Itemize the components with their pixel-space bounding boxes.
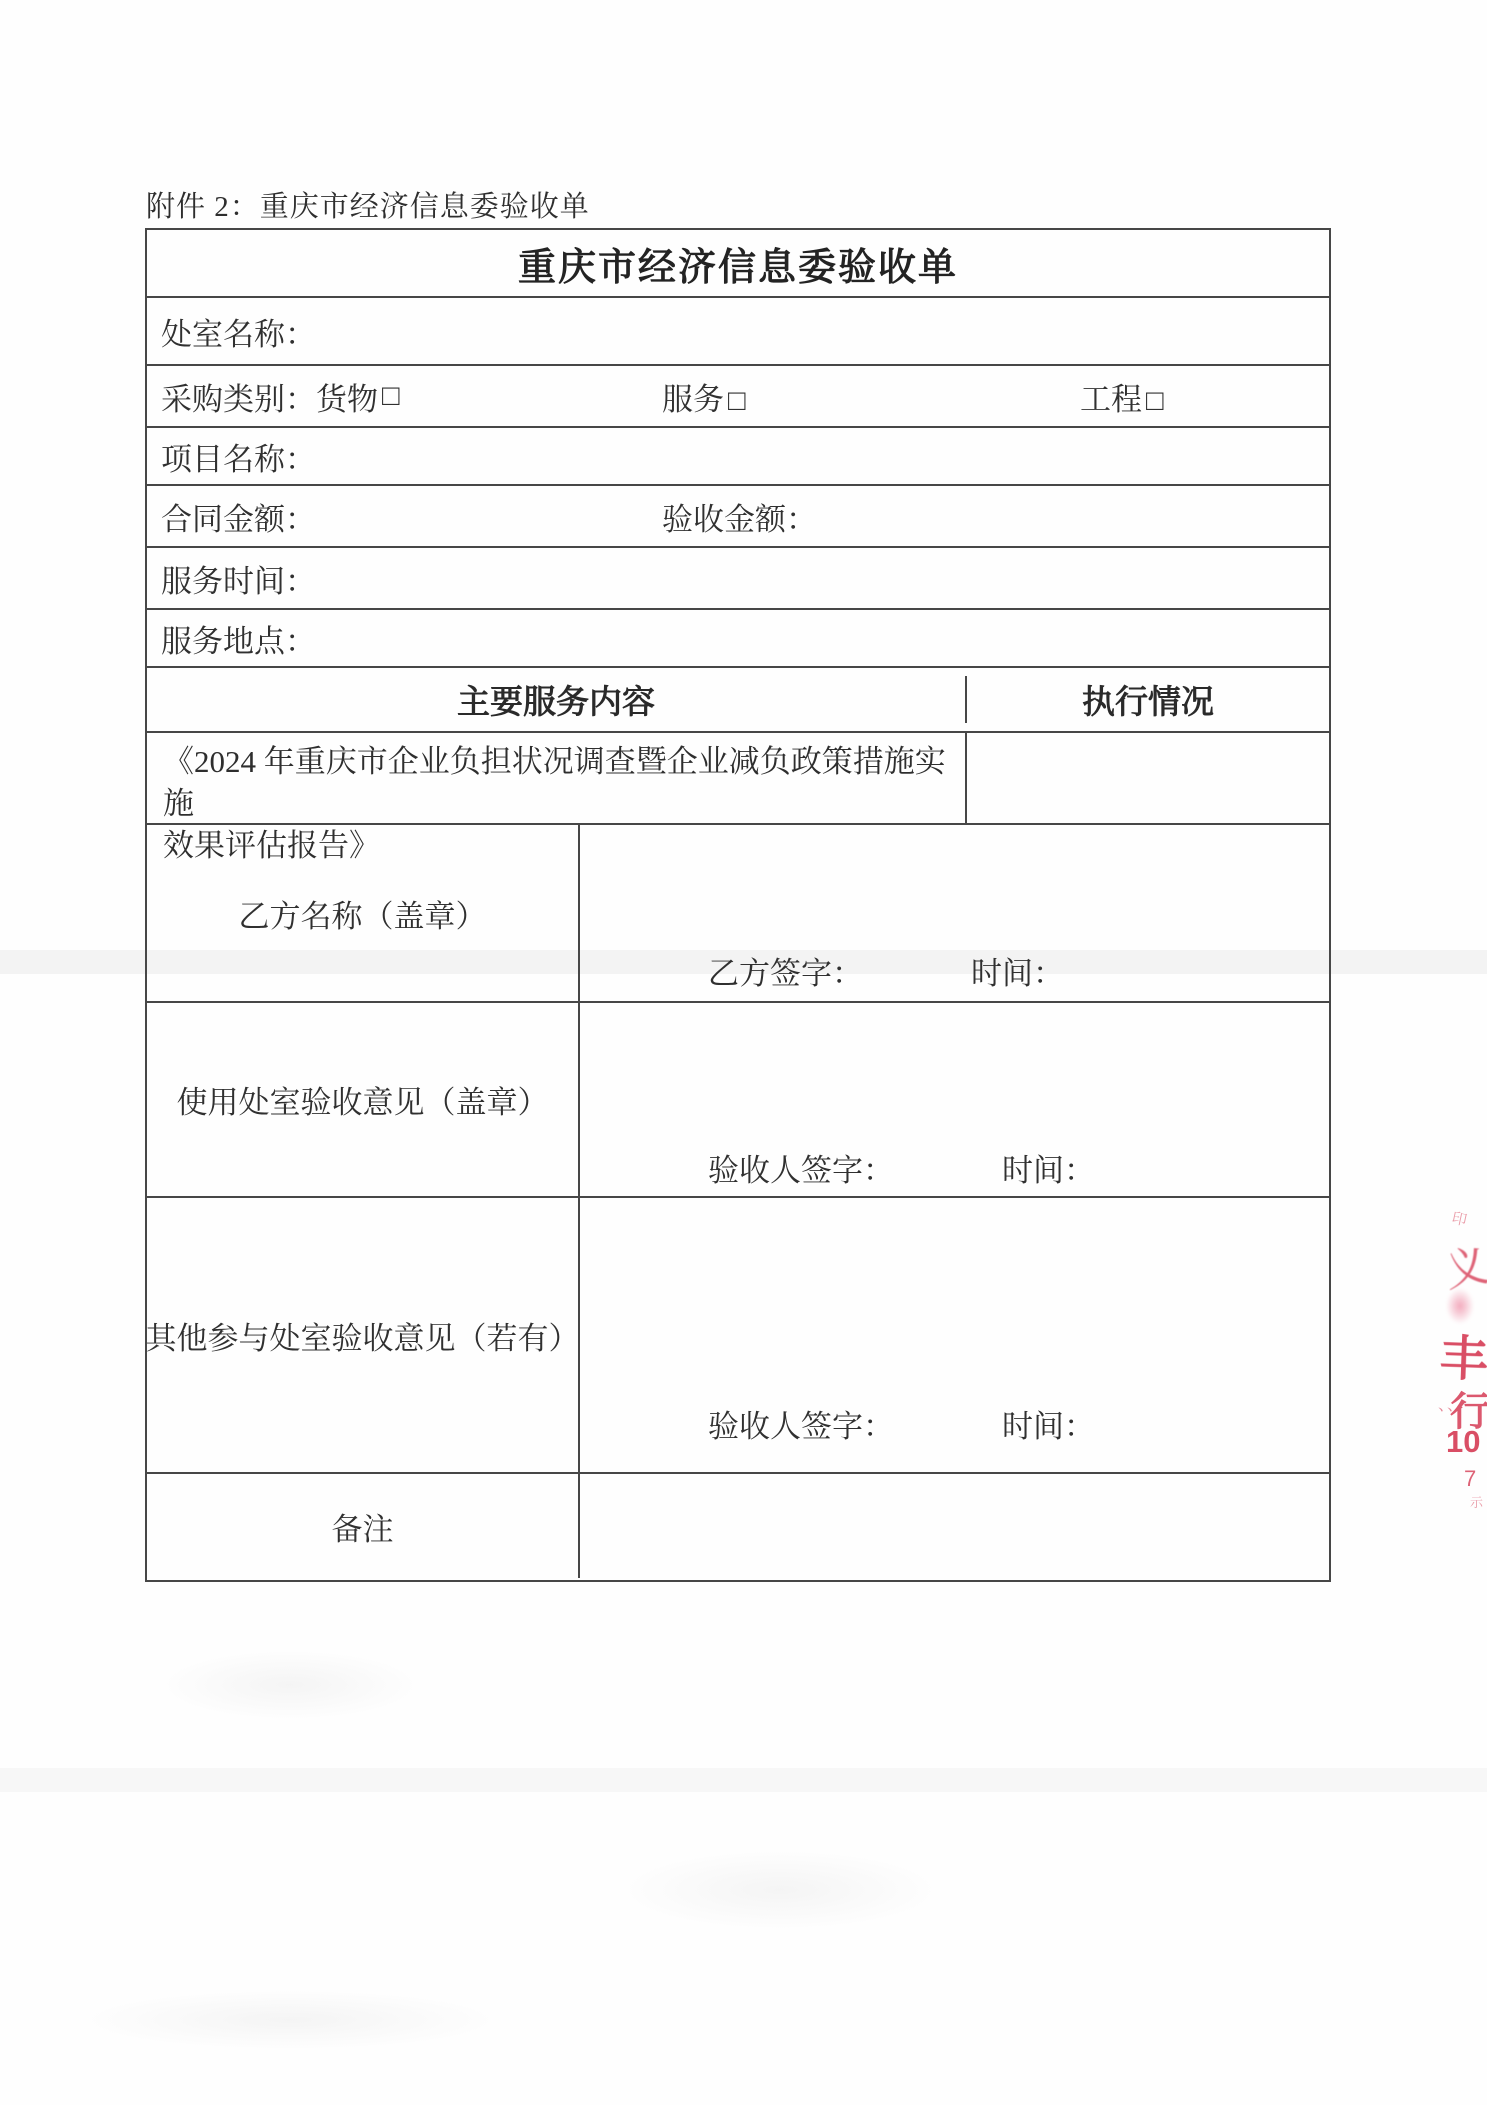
other-dept-sign-line: 验收人签字： 时间：: [708, 1401, 1095, 1446]
service-location-label: 服务地点：: [147, 616, 316, 661]
category-label: 采购类别：: [147, 374, 316, 419]
content-header-right-cell: 执行情况: [967, 676, 1329, 723]
remarks-label-cell: 备注: [147, 1474, 580, 1578]
option-engineering-label: 工程: [1080, 382, 1142, 417]
department-label: 处室名称：: [147, 309, 316, 354]
using-dept-label: 使用处室验收意见（盖章）: [177, 1077, 549, 1122]
contract-amount-label: 合同金额：: [147, 494, 316, 539]
other-dept-label: 其他参与处室验收意见（若有）: [146, 1313, 580, 1358]
stamp-number-10: 10: [1446, 1424, 1480, 1460]
remarks-row: 备注: [147, 1474, 1329, 1578]
execution-status-cell: [967, 733, 1329, 823]
acceptance-amount-label: 验收金额：: [662, 494, 817, 539]
project-row: 项目名称：: [147, 428, 1329, 486]
stamp-glyph-2-icon: 丰: [1439, 1319, 1487, 1390]
option-service: 服务□: [662, 374, 746, 419]
scan-artifact-band: [0, 1768, 1487, 1792]
content-header-left-cell: 主要服务内容: [147, 676, 967, 723]
party-b-label-cell: 乙方名称（盖章）: [147, 825, 580, 1001]
stamp-glyph-6-icon: 示: [1470, 1492, 1483, 1511]
form-title: 重庆市经济信息委验收单: [518, 236, 958, 291]
service-location-row: 服务地点：: [147, 610, 1329, 668]
option-goods-label: 货物: [316, 374, 378, 419]
stamp-number-7: 7: [1464, 1466, 1476, 1492]
stamp-dots-icon: 、、: [1438, 1392, 1464, 1415]
checkbox-goods-icon: □: [382, 380, 400, 413]
party-b-sign-line: 乙方签字： 时间：: [708, 948, 1064, 993]
option-service-label: 服务: [662, 382, 724, 417]
using-dept-label-cell: 使用处室验收意见（盖章）: [147, 1003, 580, 1196]
project-label: 项目名称：: [147, 434, 316, 479]
party-b-signature-cell: 乙方签字： 时间：: [580, 825, 1329, 1001]
stamp-glyph-1-icon: 义: [1439, 1229, 1487, 1300]
stamp-ink-blob-icon: [1446, 1288, 1474, 1324]
other-dept-time-label: 时间：: [1002, 1401, 1095, 1446]
party-b-label: 乙方名称（盖章）: [239, 891, 487, 936]
stamp-glyph-3-icon: 行: [1450, 1380, 1487, 1437]
report-title-line1: 《2024 年重庆市企业负担状况调查暨企业减负政策措施实施: [163, 741, 955, 825]
checkbox-engineering-icon: □: [1146, 385, 1164, 417]
main-service-content-header: 主要服务内容: [457, 676, 655, 723]
using-dept-sign-line: 验收人签字： 时间：: [708, 1145, 1095, 1190]
red-stamp-fragment: 印 义 丰 、、 行 10 7 示: [1438, 1200, 1487, 1520]
party-b-time-label: 时间：: [971, 948, 1064, 993]
service-content-cell: 《2024 年重庆市企业负担状况调查暨企业减负政策措施实施 效果评估报告》: [147, 733, 967, 823]
other-dept-label-cell: 其他参与处室验收意见（若有）: [147, 1198, 580, 1472]
other-dept-signature-cell: 验收人签字： 时间：: [580, 1198, 1329, 1472]
party-b-sign-label: 乙方签字：: [708, 948, 863, 993]
remarks-label: 备注: [332, 1504, 394, 1549]
scan-noise: [160, 1650, 420, 1720]
using-dept-signature-cell: 验收人签字： 时间：: [580, 1003, 1329, 1196]
attachment-heading: 附件 2：重庆市经济信息委验收单: [146, 184, 590, 225]
content-header-row: 主要服务内容 执行情况: [147, 668, 1329, 733]
scan-noise: [620, 1850, 940, 1930]
title-row: 重庆市经济信息委验收单: [147, 230, 1329, 298]
service-time-label: 服务时间：: [147, 556, 316, 601]
scan-noise: [80, 1990, 500, 2050]
department-row: 处室名称：: [147, 298, 1329, 366]
checkbox-service-icon: □: [728, 385, 746, 417]
service-time-row: 服务时间：: [147, 548, 1329, 610]
acceptance-form-table: 重庆市经济信息委验收单 处室名称： 采购类别： 货物 □ 服务□ 工程□ 项目名…: [145, 228, 1331, 1582]
amount-row: 合同金额： 验收金额：: [147, 486, 1329, 548]
content-row: 《2024 年重庆市企业负担状况调查暨企业减负政策措施实施 效果评估报告》: [147, 733, 1329, 825]
using-dept-row: 使用处室验收意见（盖章） 验收人签字： 时间：: [147, 1003, 1329, 1198]
using-dept-sign-label: 验收人签字：: [708, 1145, 894, 1190]
party-b-row: 乙方名称（盖章） 乙方签字： 时间：: [147, 825, 1329, 1003]
using-dept-time-label: 时间：: [1002, 1145, 1095, 1190]
remarks-content-cell: [580, 1474, 1329, 1578]
stamp-glyph-small-icon: 印: [1450, 1207, 1469, 1231]
scanned-document-page: 附件 2：重庆市经济信息委验收单 重庆市经济信息委验收单 处室名称： 采购类别：…: [0, 0, 1487, 2105]
other-dept-sign-label: 验收人签字：: [708, 1401, 894, 1446]
category-row: 采购类别： 货物 □ 服务□ 工程□: [147, 366, 1329, 428]
execution-status-header: 执行情况: [1082, 676, 1214, 723]
option-engineering: 工程□: [1080, 374, 1164, 419]
other-dept-row: 其他参与处室验收意见（若有） 验收人签字： 时间：: [147, 1198, 1329, 1474]
